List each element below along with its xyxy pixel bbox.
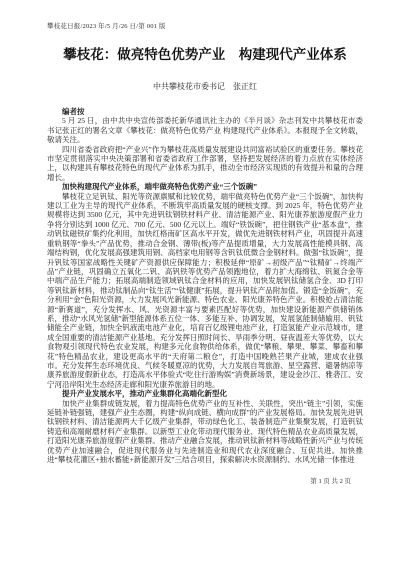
paragraph-editor-note: 5 月 25 日，由中共中央宣传部委托新华通讯社主办的《半月谈》杂志刊发中共攀枝… xyxy=(47,116,363,144)
page-number: 第 1 页 共 2 页 xyxy=(47,477,363,486)
document-page: 攀枝花日报/2023 年/5 月/26 日/第 001 版 攀枝花：做亮特色优势… xyxy=(0,0,410,580)
paragraph-section-2: 加快产业集群成链发展，着力提高特色优势产业的互补性、关联性，突出“链主”引领，实… xyxy=(47,399,363,465)
article-title: 攀枝花：做亮特色优势产业 构建现代产业体系 xyxy=(47,46,363,63)
section-heading-2: 提升产业发展水平，推动产业集群化高端化新型化 xyxy=(47,389,363,398)
article-body: 编者按 5 月 25 日，由中共中央宣传部委托新华通讯社主办的《半月谈》杂志刊发… xyxy=(47,107,363,464)
byline: 中共攀枝花市委书记 张正红 xyxy=(47,82,363,92)
section-heading-1: 加快构建现代产业体系，端牢做亮特色优势产业“三个饭碗” xyxy=(47,182,363,191)
paragraph-section-1: 攀枝花立足钒钛、阳光等资源禀赋和比较优势，端牢做亮特色优势产业“三个饭碗”，加快… xyxy=(47,192,363,390)
paragraph-intro: 四川省委省政府把“产业兴”作为攀枝花高质量发展建设共同富裕试验区的重要任务。攀枝… xyxy=(47,145,363,183)
editor-note-label: 编者按 xyxy=(47,107,363,116)
masthead: 攀枝花日报/2023 年/5 月/26 日/第 001 版 xyxy=(47,22,363,31)
